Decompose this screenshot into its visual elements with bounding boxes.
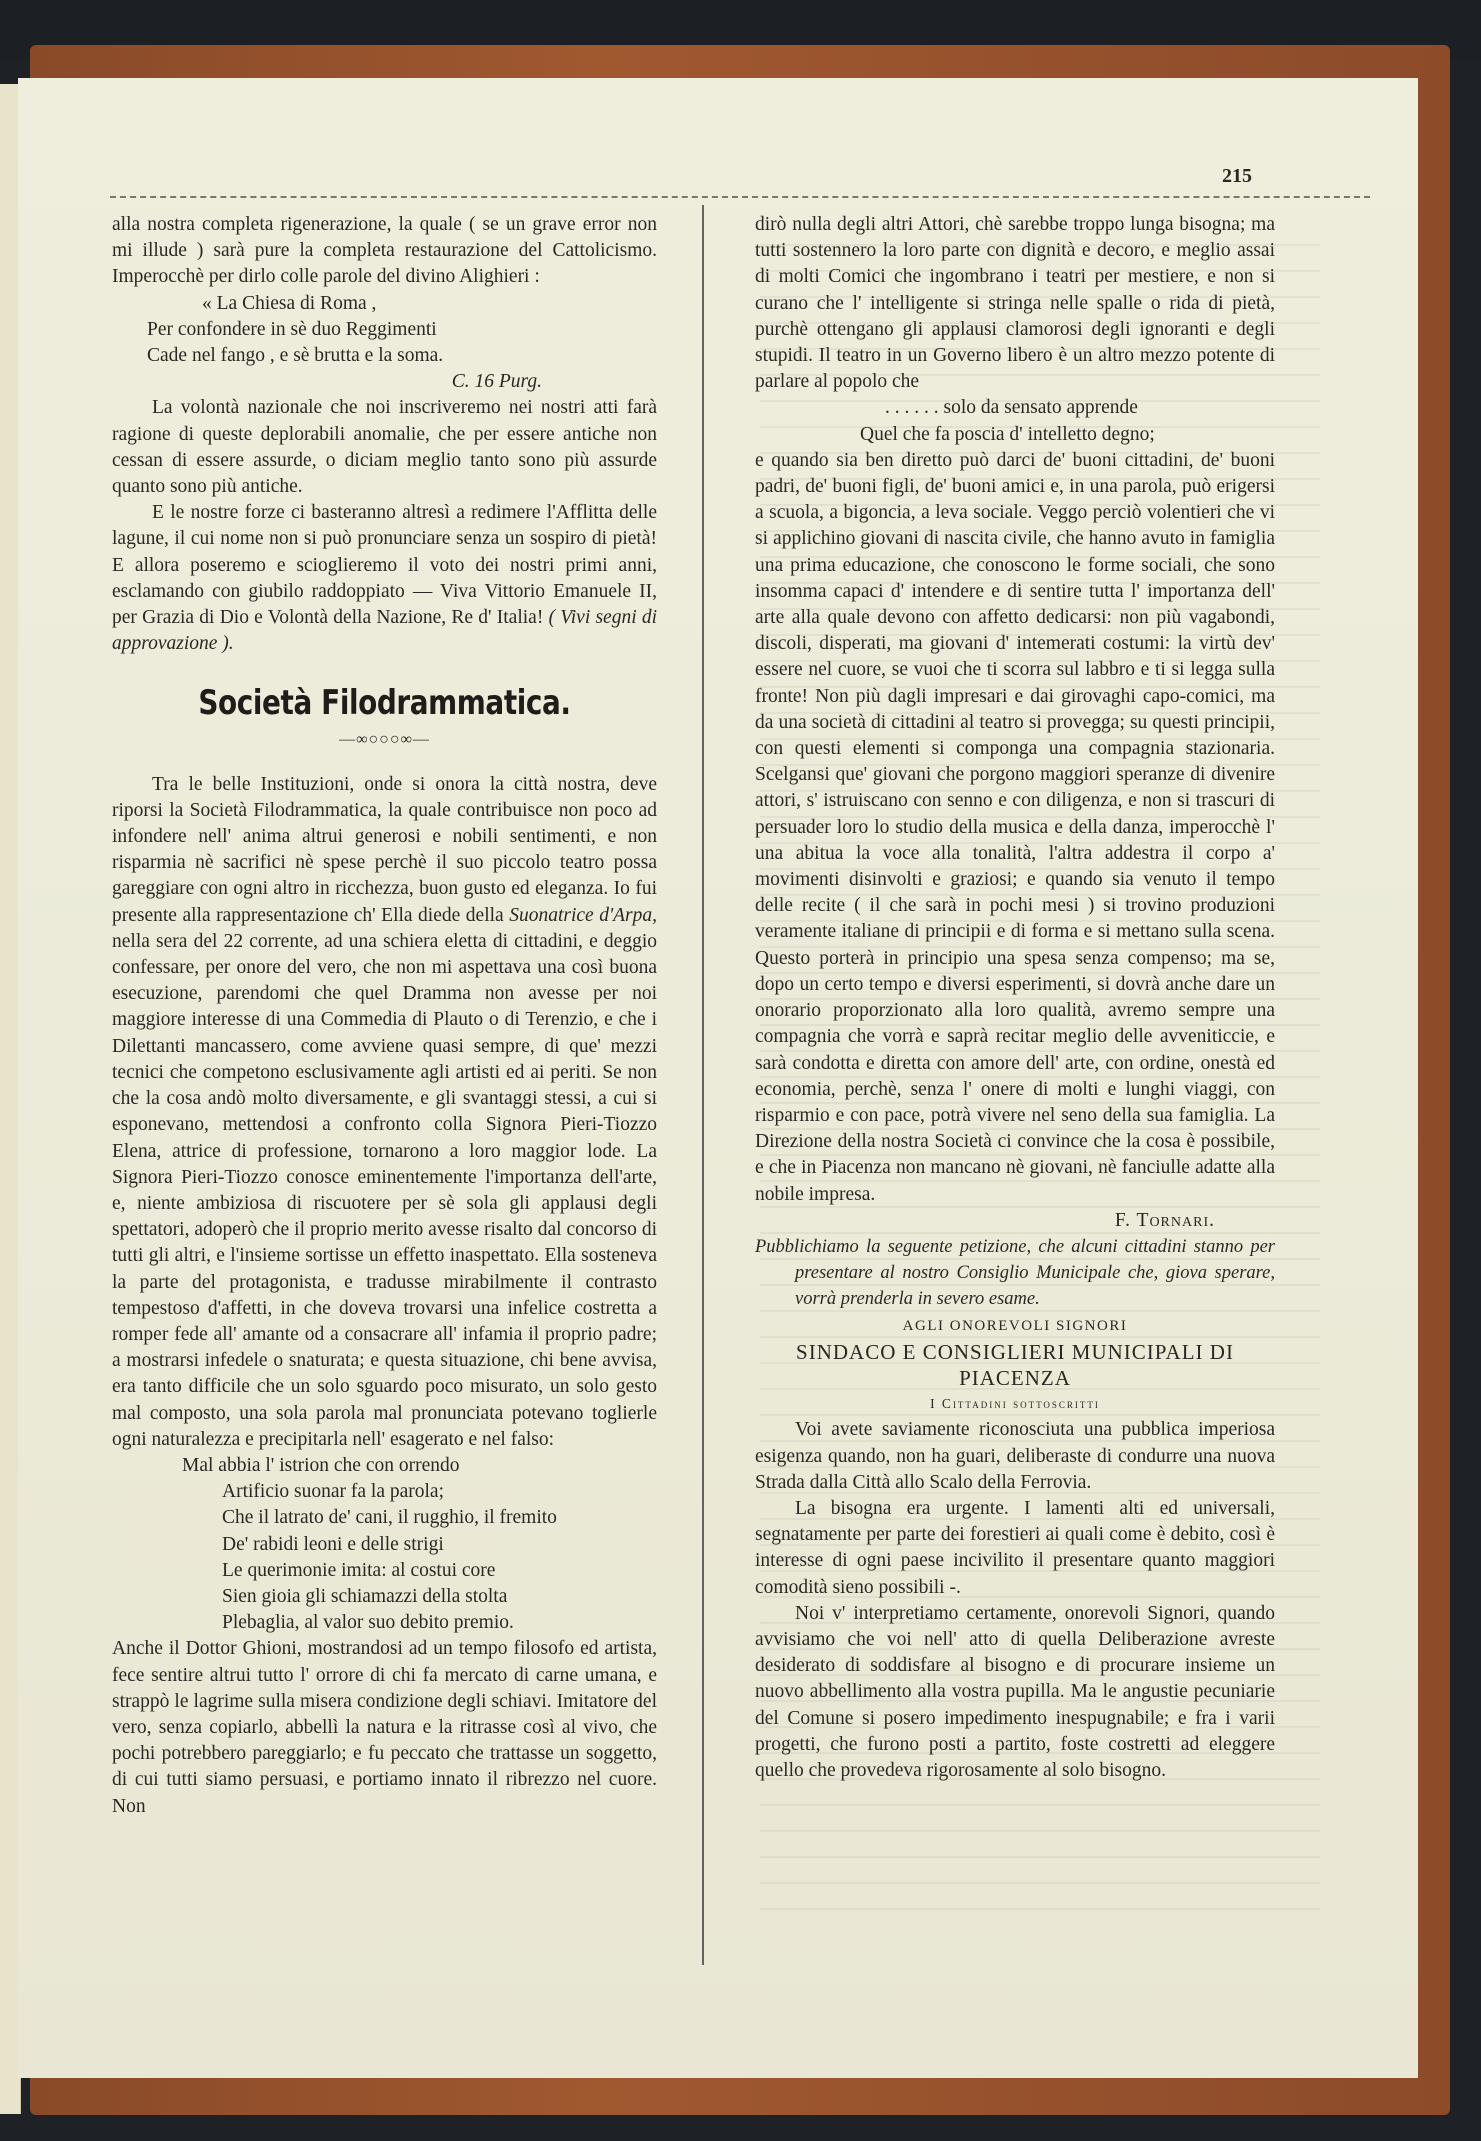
play-title: Suonatrice d'Arpa, xyxy=(509,905,657,926)
column-divider xyxy=(702,205,704,1965)
quote-line: Cade nel fango , e sè brutta e la soma. xyxy=(147,343,657,369)
editorial-note: Pubblichiamo la seguente petizione, che … xyxy=(755,1234,1275,1313)
verse-line: Mal abbia l' istrion che con orrendo xyxy=(112,1453,657,1479)
opening-paragraph: alla nostra completa rigenerazione, la q… xyxy=(112,212,657,291)
verse-line: Che il latrato de' cani, il rugghio, il … xyxy=(112,1505,657,1531)
verse-line: Le querimonie imita: al costui core xyxy=(112,1558,657,1584)
quote-line: Quel che fa poscia d' intelletto degno; xyxy=(755,422,1275,448)
petition-addressee: SINDACO E CONSIGLIERI MUNICIPALI DI PIAC… xyxy=(755,1339,1275,1391)
quote-citation: C. 16 Purg. xyxy=(112,369,657,395)
author-signature: F. Tornari. xyxy=(755,1208,1275,1234)
paragraph: Anche il Dottor Ghioni, mostrandosi ad u… xyxy=(112,1636,657,1819)
verse-line: Sien gioia gli schiamazzi della stolta xyxy=(112,1584,657,1610)
right-column: dirò nulla degli altri Attori, chè sareb… xyxy=(755,212,1275,1784)
petition-paragraph: Noi v' interpretiamo certamente, onorevo… xyxy=(755,1601,1275,1784)
verse-line: De' rabidi leoni e delle strigi xyxy=(112,1532,657,1558)
quote-line: « La Chiesa di Roma , xyxy=(147,291,657,317)
petition-senders: I Cittadini sottoscritti xyxy=(755,1391,1275,1417)
paragraph-text: Tra le belle Instituzioni, onde si onora… xyxy=(112,774,657,926)
paragraph: La volontà nazionale che noi inscriverem… xyxy=(112,395,657,500)
dante-quote: « La Chiesa di Roma , Per confondere in … xyxy=(112,291,657,370)
section-title: Società Filodrammatica. xyxy=(161,681,608,725)
ornament-divider-icon: —∞○○○∞— xyxy=(112,727,657,753)
quote-line: . . . . . . solo da sensato apprende xyxy=(755,395,1275,421)
verse-line: Plebaglia, al valor suo debito premio. xyxy=(112,1610,657,1636)
petition-salutation: AGLI ONOREVOLI SIGNORI xyxy=(755,1313,1275,1339)
paragraph: e quando sia ben diretto può darci de' b… xyxy=(755,448,1275,1208)
header-rule xyxy=(110,196,1370,198)
paragraph: dirò nulla degli altri Attori, chè sareb… xyxy=(755,212,1275,395)
paragraph-text: nella sera del 22 corrente, ad una schie… xyxy=(112,931,657,1450)
verse-block: Mal abbia l' istrion che con orrendo Art… xyxy=(112,1453,657,1636)
petition-paragraph: La bisogna era urgente. I lamenti alti e… xyxy=(755,1496,1275,1601)
verse-line: Artificio suonar fa la parola; xyxy=(112,1479,657,1505)
left-column: alla nostra completa rigenerazione, la q… xyxy=(112,212,657,1820)
page-number: 215 xyxy=(1222,165,1252,188)
paragraph: Tra le belle Instituzioni, onde si onora… xyxy=(112,772,657,1453)
quote-line: Per confondere in sè duo Reggimenti xyxy=(147,317,657,343)
petition-paragraph: Voi avete saviamente riconosciuta una pu… xyxy=(755,1417,1275,1496)
paragraph: E le nostre forze ci basteranno altresì … xyxy=(112,500,657,657)
